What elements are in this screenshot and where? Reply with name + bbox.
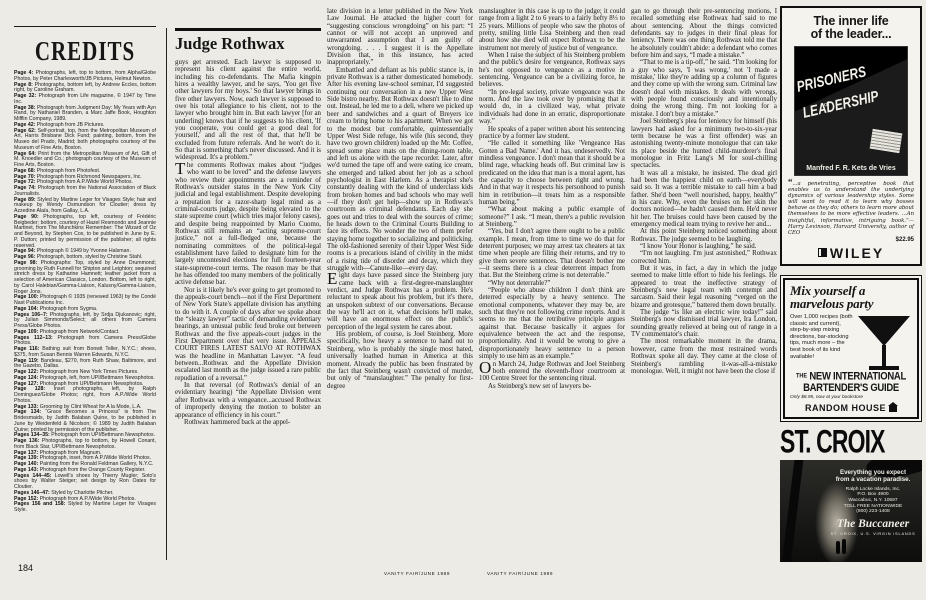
article-paragraph: “I'm not laughing. I'm just astonished,”… (631, 250, 777, 265)
book-cover: PRISONERS of LEADERSHIP Manfred F. R. Ke… (794, 46, 908, 176)
paragraph-text: When I raise the subject of his Steinber… (479, 52, 625, 88)
article-paragraph: “He called it something like 'Vengeance … (479, 140, 625, 206)
paragraph-text: “In pre-legal society, private vengeance… (479, 89, 625, 125)
review-quote: “...a penetrating, perceptive book that … (788, 180, 914, 236)
credit-entry: Page 128: Inset photographs, left, by Ra… (14, 387, 156, 404)
paragraph-text: In that reversal (of Rothwax's denial of… (175, 382, 321, 418)
book-title-line2: LEADERSHIP (801, 89, 880, 121)
article-col1-text: guys get arrested. Each lawyer is suppos… (175, 59, 321, 426)
st-croix-location: ST. CROIX, U.S. VIRGIN ISLANDS (827, 531, 919, 536)
credit-text: Photograph from Life magazine, © 1947 by… (14, 93, 156, 105)
wiley-headline-line1: The inner life (814, 14, 889, 28)
paragraph-text: “People who abuse children I don't think… (479, 287, 625, 360)
book-price: $22.95 (788, 237, 914, 243)
buccaneer-logo: The Buccaneer (827, 519, 919, 530)
article-paragraph: He speaks of a paper written about his s… (479, 126, 625, 141)
drop-cap: O (479, 361, 493, 374)
article-paragraph: Rothwax hammered back at the appel- (175, 419, 321, 426)
bartender-ad-body-row: Over 1,000 recipes (both classic and cur… (790, 314, 912, 370)
credit-entry: Pages 144–45: Lowell's shoes by Thierry … (14, 474, 156, 491)
paragraph-text: Embattled and defiant as his public stan… (327, 67, 473, 272)
wiley-ad-headline: The inner lifeof the leader... (788, 15, 914, 41)
paragraph-text: At this point Steinberg noticed somethin… (631, 228, 777, 242)
credit-text: Photographs, bottom left, by Andrew Eccl… (14, 82, 156, 94)
article-paragraph: At this point Steinberg noticed somethin… (631, 228, 777, 243)
credit-entry: Page 38: Photograph from Judgment Day: M… (14, 106, 156, 123)
bartender-title-line2: BARTENDER'S GUIDE (803, 381, 899, 394)
paragraph-text: Rothwax hammered back at the appel- (184, 419, 290, 426)
credit-entry: Pages 106–7: Photographs, left, by Srdja… (14, 313, 156, 330)
paragraph-text: “What about making a public example of s… (479, 206, 625, 228)
paragraph-text: But it was, in fact, a day in which the … (631, 265, 777, 309)
article-paragraph: It was all a mistake, he insisted. The d… (631, 170, 777, 229)
credit-text: Self-portrait, top, from the Metropolita… (14, 128, 156, 151)
cover-blurb-card (870, 129, 903, 153)
credit-entry: Page 134: “Grace Becomes a Princess” is … (14, 410, 156, 433)
article-title: Judge Rothwax (175, 28, 321, 53)
magazine-spread: CREDITS Page 4: Photographs, left, top t… (0, 0, 926, 600)
credit-text: Photographs, top left, courtesy of Frédé… (14, 214, 156, 249)
credit-entry: Page 89: Styled by Martine Leger for Vis… (14, 198, 156, 215)
credits-title: CREDITS (14, 38, 156, 65)
paragraph-text: “He called it something like 'Vengeance … (479, 140, 625, 206)
article-paragraph: In that reversal (of Rothwax's denial of… (175, 382, 321, 419)
st-croix-address: Ralph Locke Islands, Inc.P.O. Box 4900Wa… (827, 487, 919, 516)
paragraph-text: It was all a mistake, he insisted. The d… (631, 170, 777, 228)
paragraph-text: n March 24, Judge Rothwax and Joel Stein… (479, 361, 625, 383)
credit-entry: Page 62: Self-portrait, top, from the Me… (14, 129, 156, 152)
footer-left-page: VANITY FAIR/JUNE 1989 (384, 571, 450, 576)
paragraph-text: He speaks of a paper written about his s… (479, 126, 625, 140)
house-icon (889, 406, 897, 412)
credit-entry: Page 64: Print from the Metropolitan Mus… (14, 152, 156, 169)
article-paragraph: “What about making a public example of s… (479, 206, 625, 228)
article-paragraph: Embattled and defiant as his public stan… (327, 67, 473, 273)
article-paragraph: “People who abuse children I don't think… (479, 287, 625, 360)
bartender-headline-line2: marvelous party (790, 296, 873, 311)
martini-stem (882, 345, 886, 366)
paragraph-text: As Steinberg's new set of lawyers be- (488, 383, 591, 390)
article-paragraph: “In pre-legal society, private vengeance… (479, 89, 625, 126)
article-col4-text: gan to go through their pre-sentencing m… (631, 8, 777, 375)
bartender-book-title: THE NEW INTERNATIONALBARTENDER'S GUIDE (790, 372, 912, 394)
article-paragraph: But it was, in fact, a day in which the … (631, 265, 777, 309)
paragraph-text: ight days have passed since the Steinber… (327, 272, 473, 330)
review-quote-text: ...a penetrating, perceptive book that e… (788, 181, 914, 236)
random-house-wordmark: RANDOM HOUSE (805, 404, 886, 413)
article-paragraph: gan to go through their pre-sentencing m… (631, 8, 777, 59)
paragraph-text: guys get arrested. Each lawyer is suppos… (175, 59, 321, 161)
paragraph-text: “Why not deterrable?” (488, 280, 550, 287)
credits-top-rule (14, 26, 156, 27)
paragraph-text: “I'm not laughing. I'm just astonished,”… (631, 250, 777, 264)
article-paragraph: manslaughter in this case is up to the j… (479, 8, 625, 52)
bartender-title-the: THE (796, 373, 807, 380)
article-column-4: gan to go through their pre-sentencing m… (631, 8, 777, 560)
paragraph-text: The most remarkable moment in the drama,… (631, 338, 777, 374)
article-paragraph: guys get arrested. Each lawyer is suppos… (175, 59, 321, 162)
wiley-book-ad: The inner lifeof the leader... PRISONERS… (780, 6, 922, 266)
wiley-wordmark: WILEY (830, 246, 884, 260)
credit-text: Photograph from the National Association… (14, 185, 156, 197)
random-house-logo: RANDOM HOUSE (790, 404, 912, 413)
article-col2-text: late division in a letter published in t… (327, 8, 473, 390)
footer-right-page: VANITY FAIR/JUNE 1989 (487, 571, 553, 576)
article-paragraph: Nor is it likely he's ever going to get … (175, 287, 321, 382)
article-paragraph: His problem, of course, is Joel Steinber… (327, 331, 473, 390)
article-column-2: late division in a letter published in t… (327, 8, 473, 560)
article-column-1: Judge Rothwax guys get arrested. Each la… (166, 28, 321, 560)
ads-column: The inner lifeof the leader... PRISONERS… (780, 6, 922, 562)
article-paragraph: “That to me is a tip-off,” he said. “I'm… (631, 59, 777, 118)
paragraph-text: late division in a letter published in t… (327, 8, 473, 66)
credit-text: Styled by Martine Leger for Visages Styl… (14, 197, 156, 215)
book-author: Manfred F. R. Kets de Vries (794, 165, 908, 173)
drop-cap: E (327, 272, 339, 285)
article-paragraph: The most remarkable moment in the drama,… (631, 338, 777, 375)
article-paragraph: Eight days have passed since the Steinbe… (327, 272, 473, 331)
credits-list: Page 4: Photographs, left, top to bottom… (14, 71, 156, 514)
article-column-3: manslaughter in this case is up to the j… (479, 8, 625, 560)
tagline-line1: Everything you expect (840, 469, 906, 476)
st-croix-ad-text: Everything you expectfrom a vacation par… (827, 469, 919, 537)
article-paragraph: The comments Rothwax makes about “judges… (175, 162, 321, 287)
address-line: (800) 223-1408 (827, 509, 919, 515)
paragraph-text: His problem, of course, is Joel Steinber… (327, 331, 473, 389)
article-paragraph: When I raise the subject of his Steinber… (479, 52, 625, 89)
st-croix-tagline: Everything you expectfrom a vacation par… (827, 469, 919, 483)
book-title-line1: PRISONERS (795, 64, 867, 95)
article-paragraph: “Why not deterrable?” (479, 280, 625, 287)
bartender-ad-body: Over 1,000 recipes (both classic and cur… (790, 314, 856, 370)
page-number: 184 (18, 564, 33, 573)
article-paragraph: Joel Steinberg's plea for leniency for h… (631, 118, 777, 169)
credit-text: Photograph from Judgment Day: My Years w… (14, 105, 156, 123)
article-paragraph: The judge “is like an electric wire toda… (631, 309, 777, 338)
article-paragraph: “Yes, but I don't agree there ought to b… (479, 228, 625, 279)
article-paragraph: As Steinberg's new set of lawyers be- (479, 383, 625, 390)
credit-entry: Pages 156 and 158: Styled by Martine Leg… (14, 502, 156, 514)
wiley-headline-line2: of the leader... (811, 27, 892, 41)
credit-entry: Page 90: Photographs, top left, courtesy… (14, 215, 156, 250)
credit-text: Photographs: Top, styled by Anne Drummon… (14, 260, 156, 295)
article-col3-text: manslaughter in this case is up to the j… (479, 8, 625, 390)
st-croix-headline: ST. CROIX (780, 427, 901, 457)
bartender-price-note: Only $8.95, now at your bookstore (790, 395, 912, 401)
bartender-ad-headline: Mix yourself amarvelous party (790, 285, 912, 310)
paragraph-text: Joel Steinberg's plea for leniency for h… (631, 118, 777, 169)
bartenders-guide-ad: Mix yourself amarvelous party Over 1,000… (780, 275, 922, 422)
bartenders-guide-ad-inner: Mix yourself amarvelous party Over 1,000… (783, 278, 919, 419)
paragraph-text: he comments Rothwax makes about “judges … (175, 162, 321, 287)
paragraph-text: The judge “is like an electric wire toda… (631, 309, 777, 338)
st-croix-ad: ST. CROIX Everything you expectfrom a va… (780, 430, 922, 562)
paragraph-text: gan to go through their pre-sentencing m… (631, 8, 777, 59)
paragraph-text: manslaughter in this case is up to the j… (479, 8, 625, 52)
beach-sunset-photo: Everything you expectfrom a vacation par… (780, 460, 922, 562)
wiley-logo: WILEY (788, 246, 914, 260)
wiley-colophon-icon (818, 248, 827, 257)
paragraph-text: Nor is it likely he's ever going to get … (175, 287, 321, 382)
credit-text: Photographs, left, top to bottom, from A… (14, 70, 156, 82)
couple-silhouette (842, 539, 846, 554)
drop-cap: T (175, 162, 187, 175)
martini-base (869, 366, 899, 370)
paragraph-text: “That to me is a tip-off,” he said. “I'm… (631, 59, 777, 117)
credits-section: CREDITS Page 4: Photographs, left, top t… (14, 26, 156, 562)
martini-glass-icon (856, 314, 912, 370)
article-paragraph: late division in a letter published in t… (327, 8, 473, 67)
tagline-line2: from a vacation paradise. (836, 476, 911, 483)
paragraph-text: “Yes, but I don't agree there ought to b… (479, 228, 625, 279)
couple-silhouette (836, 541, 840, 554)
martini-bowl (858, 316, 910, 346)
credit-text: Print from the Metropolitan Museum of Ar… (14, 151, 156, 169)
article-paragraph: On March 24, Judge Rothwax and Joel Stei… (479, 361, 625, 383)
article-paragraph: “I know Your Honor is laughing,” he said… (631, 243, 777, 250)
paragraph-text: “I know Your Honor is laughing,” he said… (640, 243, 756, 250)
credit-entry: Page 98: Photographs: Top, styled by Ann… (14, 261, 156, 296)
